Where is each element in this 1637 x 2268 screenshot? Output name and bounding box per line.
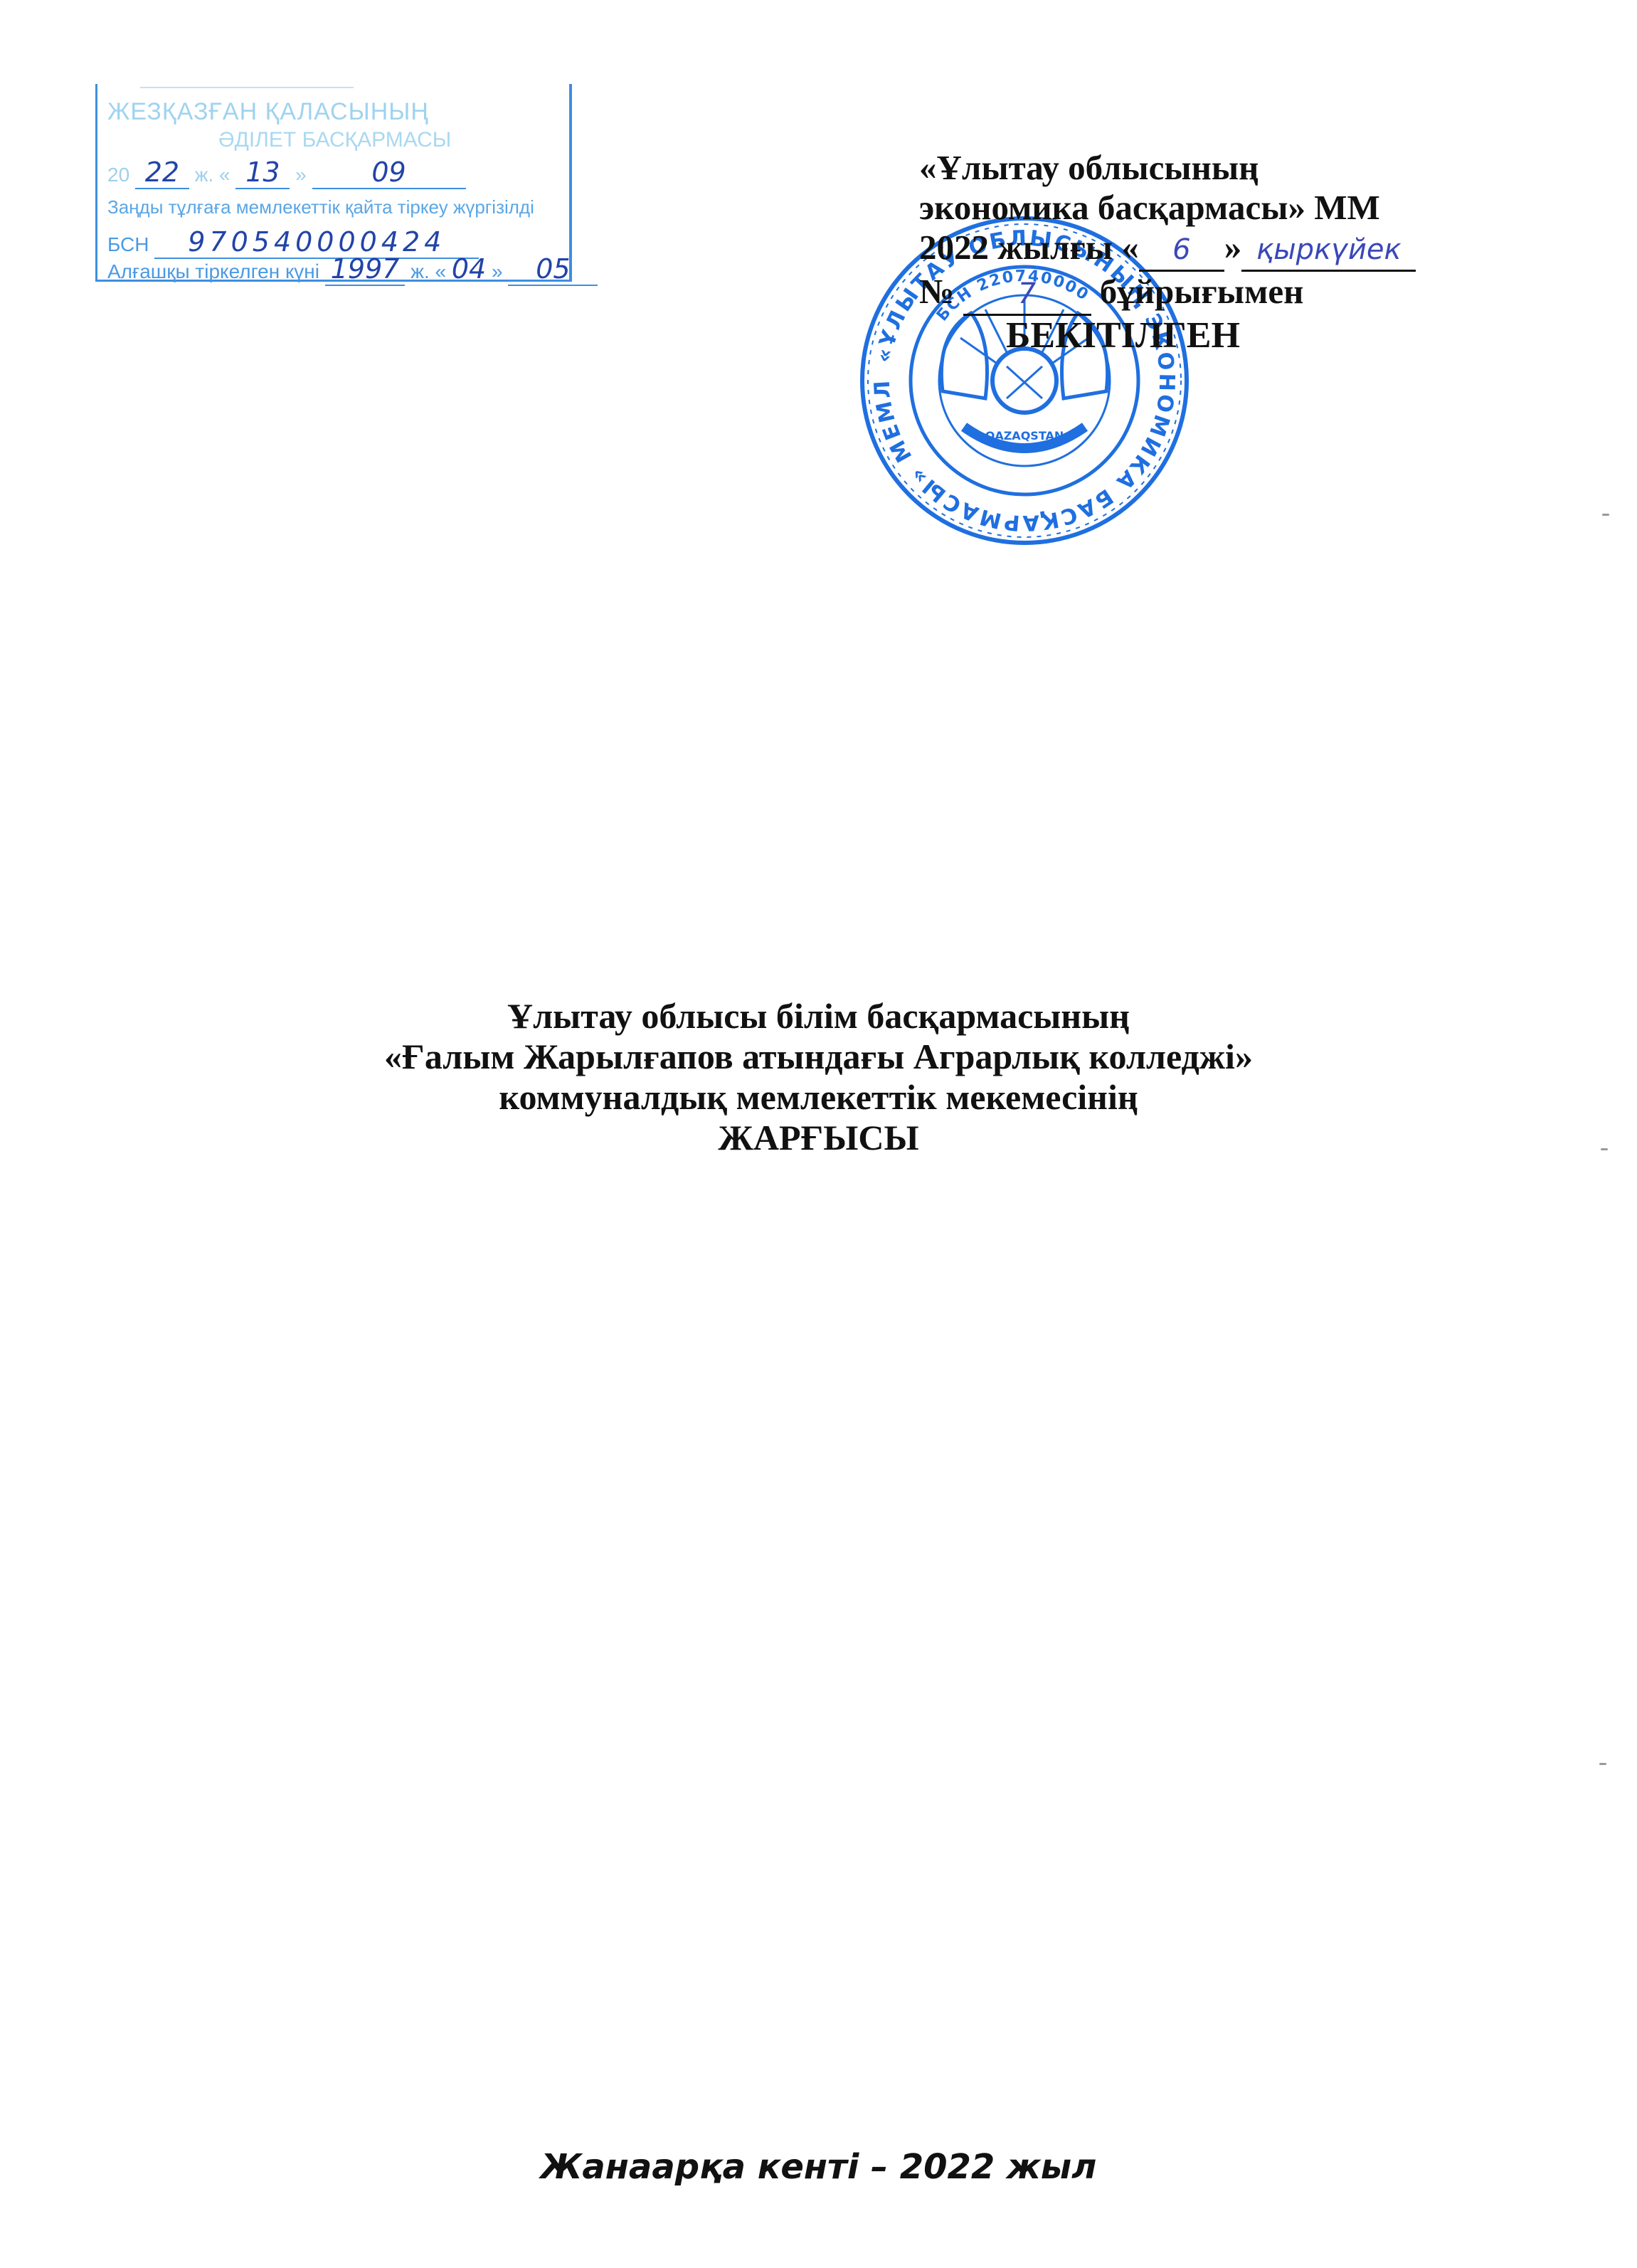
title-line3: коммуналдық мемлекеттік мекемесінің (0, 1077, 1637, 1118)
seal-shanyrak-icon (992, 349, 1056, 413)
approval-day-close: » (1224, 228, 1242, 267)
approval-number-sign: № (919, 272, 954, 311)
document-footer: Жанаарқа кенті – 2022 жыл (0, 2147, 1637, 2187)
stamp-authority-line2: ӘДІЛЕТ БАСҚАРМАСЫ (218, 128, 451, 152)
approval-line1: «Ұлытау облысының (919, 148, 1503, 188)
stamp-date-month: 09 (312, 157, 466, 189)
stamp-first-registration-year: 1997 (325, 253, 406, 286)
approval-order-text: бұйрығымен (1100, 272, 1304, 311)
title-line2: «Ғалым Жарылғапов атындағы Аграрлық колл… (0, 1037, 1637, 1077)
stamp-authority-line1: ЖЕЗҚАЗҒАН ҚАЛАСЫНЫҢ (107, 98, 429, 126)
stamp-first-registration-day-suffix: » (492, 260, 503, 282)
stamp-date-day-suffix: » (295, 164, 307, 186)
approval-order-row: № 7 бұйрығымен (919, 272, 1503, 316)
approval-year-text: 2022 жылғы « (919, 228, 1139, 267)
seal-emblem-text: QAZAQSTAN (985, 429, 1064, 443)
approval-block: «Ұлытау облысының экономика басқармасы» … (919, 148, 1503, 356)
stamp-first-registration-label: Алғашқы тіркелген күні (107, 260, 319, 282)
approval-number-field: 7 (963, 274, 1091, 316)
stamp-date-year-suffix: ж. « (195, 164, 231, 186)
approval-approved-label: БЕКІТІЛГЕН (919, 316, 1503, 356)
registration-stamp: ЖЕЗҚАЗҒАН ҚАЛАСЫНЫҢ ӘДІЛЕТ БАСҚАРМАСЫ 20… (95, 84, 572, 282)
stamp-date-prefix: 20 (107, 164, 129, 186)
scan-speck (1601, 1148, 1608, 1150)
stamp-rule (140, 87, 354, 88)
title-line1: Ұлытау облысы білім басқармасының (0, 996, 1637, 1037)
stamp-date-day: 13 (235, 157, 290, 189)
stamp-first-registration-day: 04 (452, 253, 486, 285)
title-line4: ЖАРҒЫСЫ (0, 1118, 1637, 1158)
stamp-first-registration-month: 05 (508, 253, 598, 286)
stamp-date-year: 22 (135, 157, 189, 189)
stamp-reregistration-text: Заңды тұлғаға мемлекеттік қайта тіркеу ж… (107, 196, 534, 218)
scan-speck (1599, 1763, 1606, 1765)
stamp-first-registration-year-suffix: ж. « (410, 260, 446, 282)
approval-day-field: 6 (1139, 230, 1224, 272)
approval-date-row: 2022 жылғы «6»қыркүйек (919, 228, 1503, 272)
approval-line2: экономика басқармасы» ММ (919, 188, 1503, 228)
stamp-registration-date: 20 22 ж. « 13 » 09 (107, 157, 466, 189)
stamp-bin-label: БСН (107, 233, 149, 255)
stamp-first-registration-row: Алғашқы тіркелген күні 1997 ж. « 04 » 05 (107, 253, 598, 286)
document-title: Ұлытау облысы білім басқармасының «Ғалым… (0, 996, 1637, 1158)
approval-month-field: қыркүйек (1241, 230, 1416, 272)
scan-speck (1602, 514, 1609, 516)
